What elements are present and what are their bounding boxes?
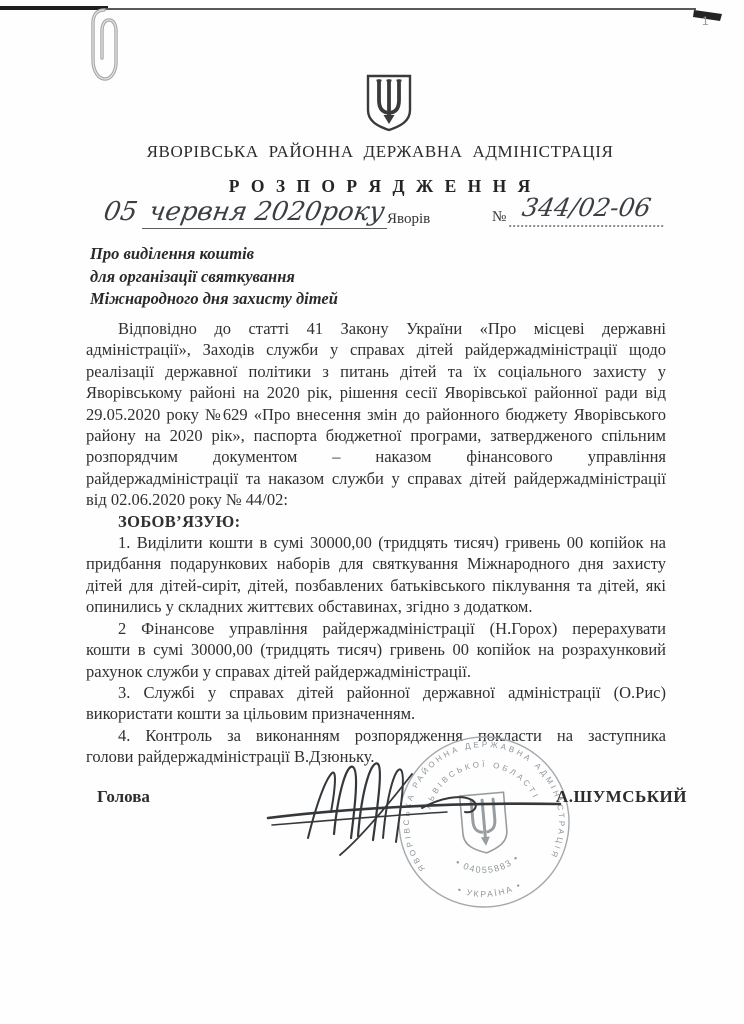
- page-marker: 1: [702, 14, 709, 28]
- organization-name: ЯВОРІВСЬКА РАЙОННА ДЕРЖАВНА АДМІНІСТРАЦІ…: [50, 142, 710, 162]
- signature-stroke: [262, 750, 567, 868]
- document-body: Відповідно до статті 41 Закону України «…: [86, 318, 666, 768]
- signer-name: А.ШУМСЬКИЙ: [556, 787, 687, 807]
- body-line: адміністрації», Заходів служби у справах…: [86, 339, 666, 360]
- body-line: реалізації державної політики з питань д…: [86, 361, 666, 382]
- item-2-line: рахунок служби у справах дітей райдержад…: [86, 661, 666, 682]
- subject-line: Про виділення коштів: [90, 243, 450, 266]
- body-line: райдержадміністрації та наказом служби у…: [86, 468, 666, 489]
- body-line: 29.05.2020 року №629 «Про внесення змін …: [86, 404, 666, 425]
- signer-title: Голова: [97, 787, 150, 807]
- obligate-heading: ЗОБОВ’ЯЗУЮ:: [86, 511, 666, 532]
- handwritten-date: 05 червня 2020року: [101, 197, 393, 227]
- scanned-document-page: 1 ЯВОРІВСЬКА РАЙОННА ДЕРЖАВНА АДМІНІСТРА…: [0, 0, 744, 1024]
- body-line: району на 2020 рік», паспорта бюджетної …: [86, 425, 666, 446]
- body-line: від 02.06.2020 року № 44/02:: [86, 489, 666, 510]
- number-label: №: [492, 209, 506, 226]
- item-3-line: 3. Службі у справах дітей районної держа…: [86, 682, 666, 703]
- place-name: Яворів: [387, 211, 430, 228]
- subject-line: для організації святкування: [90, 266, 450, 289]
- item-2-line: 2 Фінансове управління райдержадміністра…: [86, 618, 666, 639]
- item-4-line: 4. Контроль за виконанням розпорядження …: [86, 725, 666, 746]
- item-1-line: опинились у складних життєвих обставинах…: [86, 596, 666, 617]
- ukraine-trident-emblem-icon: [366, 74, 412, 132]
- item-1-line: дітей для дітей-сиріт, дітей, позбавлени…: [86, 575, 666, 596]
- item-1-line: 1. Виділити кошти в сумі 30000,00 (тридц…: [86, 532, 666, 553]
- body-line: Відповідно до статті 41 Закону України «…: [86, 318, 666, 339]
- scan-line-mid: [104, 8, 696, 10]
- body-line: розпорядчим документом – наказом фінансо…: [86, 446, 666, 467]
- date-day: 05: [101, 197, 139, 227]
- seal-country-text: • УКРАЇНА •: [456, 879, 525, 902]
- handwritten-number: 344/02-06: [509, 193, 669, 227]
- item-2-line: кошти в сумі 30000,00 (тридцять тисяч) г…: [86, 639, 666, 660]
- body-line: Яворівському районі на 2020 рік, рішення…: [86, 382, 666, 403]
- paperclip-icon: [88, 6, 122, 84]
- date-month-year: червня 2020року: [142, 197, 393, 229]
- item-3-line: використати кошти за цільовим призначенн…: [86, 703, 666, 724]
- subject-line: Міжнародного дня захисту дітей: [90, 288, 450, 311]
- subject-block: Про виділення коштів для організації свя…: [90, 243, 450, 311]
- item-1-line: придбання подарункових наборів для святк…: [86, 553, 666, 574]
